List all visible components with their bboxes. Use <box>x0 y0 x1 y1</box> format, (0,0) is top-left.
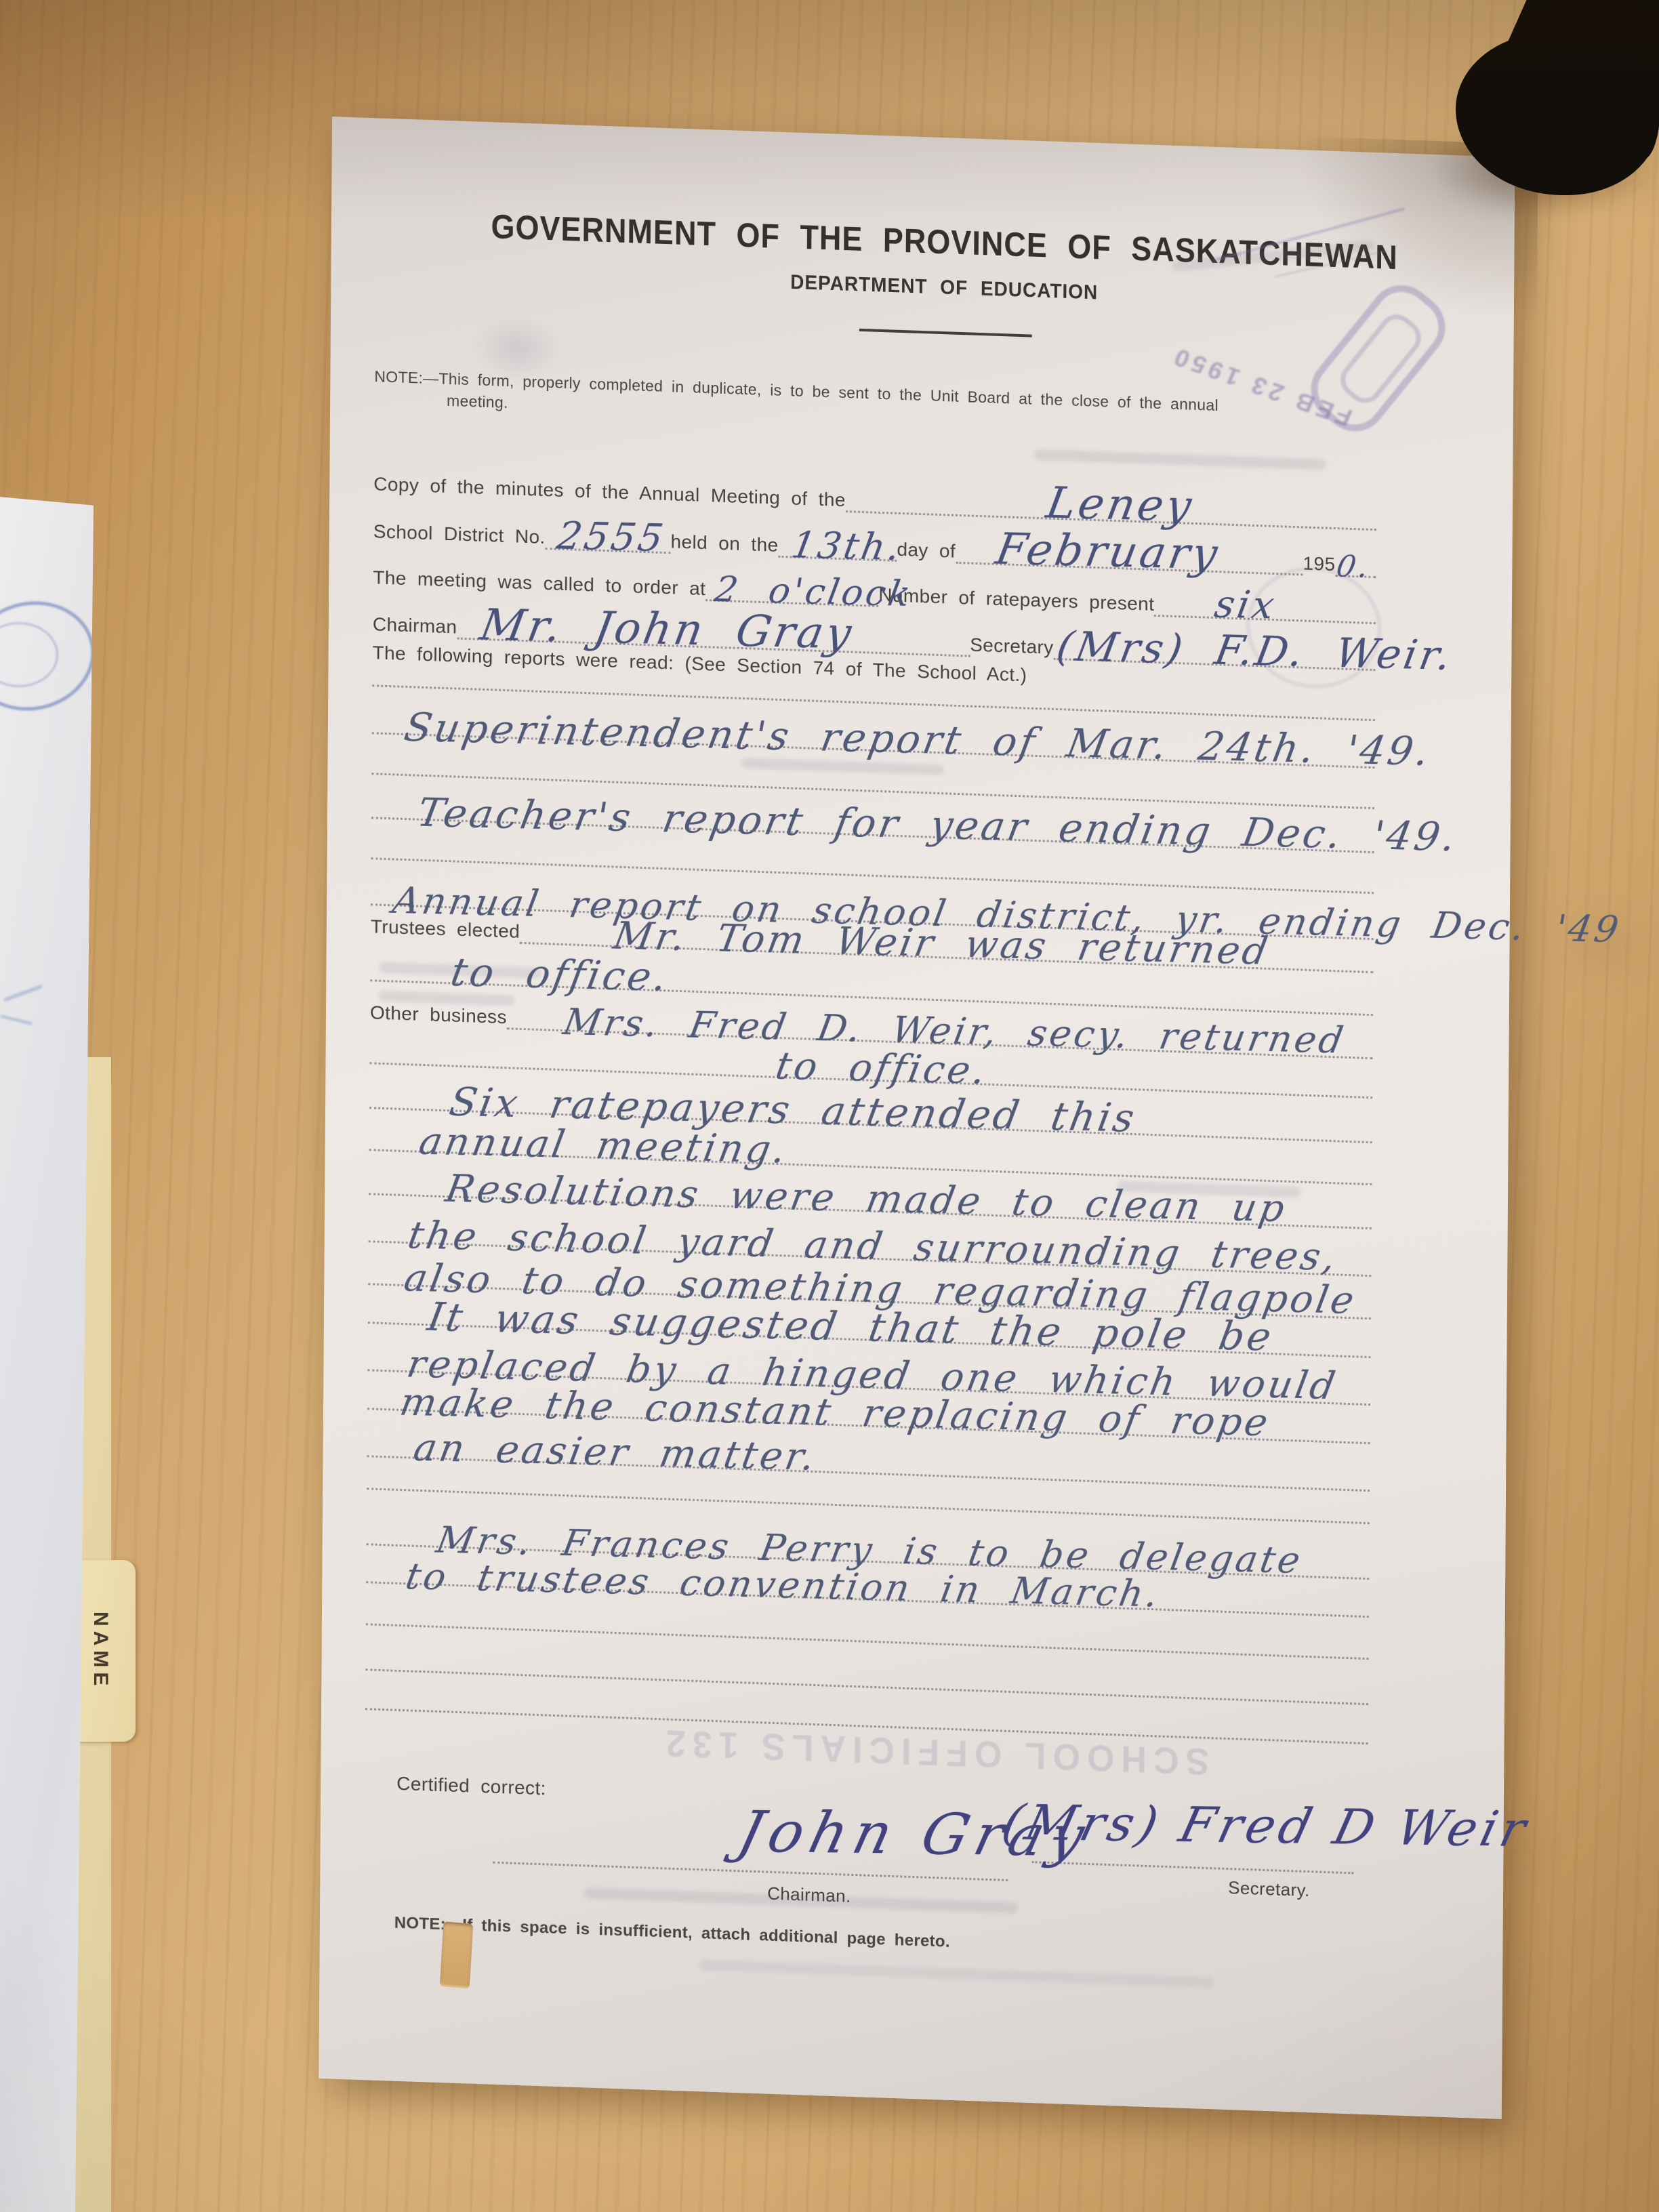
photo-vignette <box>0 0 1659 2212</box>
desk-photo: NAME GOVERNMENT OF THE PROVINCE OF SASKA… <box>0 0 1659 2212</box>
